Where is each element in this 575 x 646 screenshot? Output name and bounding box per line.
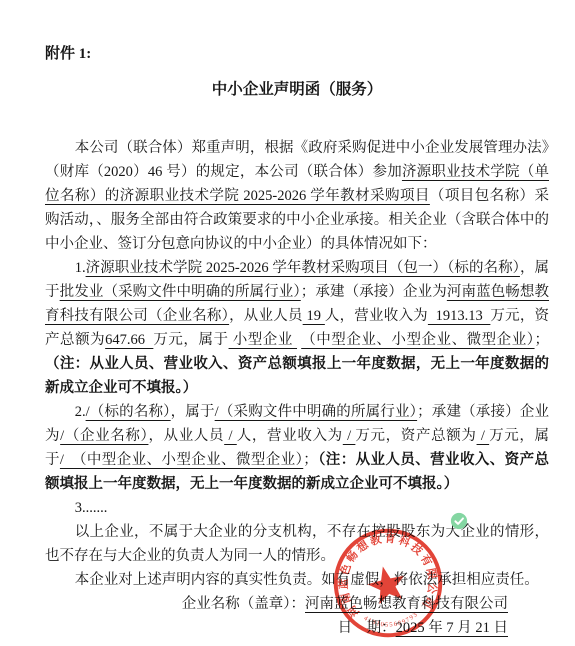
responsibility-paragraph: 本企业对上述声明内容的真实性负责。如有虚假，将依法承担相应责任。	[45, 568, 549, 592]
text-run: 企业名称（盖章）：	[182, 596, 305, 612]
company-name-signature-line: 企业名称（盖章）：河南蓝色畅想教育科技有限公司	[45, 592, 549, 616]
text-run: 1.	[75, 260, 86, 276]
intro-paragraph: 本公司（联合体）郑重声明，根据《政府采购促进中小企业发展管理办法》（财库（202…	[45, 136, 549, 256]
text-run: 小型企业	[229, 332, 297, 348]
date-signature-line: 日 期：2025 年 7 月 21 日	[45, 616, 549, 640]
text-run: /	[224, 428, 237, 444]
check-circle-icon	[450, 512, 468, 530]
text-run: /（采购文件中明确的所属行业）	[215, 404, 417, 420]
text-run: 3.......	[75, 500, 108, 516]
text-run: ；	[303, 452, 318, 468]
text-run: 以上企业，不属于大企业的分支机构，不存在控股股东为大企业的情形，也不存在与大企业…	[45, 524, 549, 564]
text-run: 人，营业收入为	[325, 308, 428, 324]
text-run: （中型企业、小型企业、微型企业）	[301, 332, 534, 348]
text-run: ；	[535, 332, 550, 348]
text-run: 647.66	[105, 332, 153, 348]
text-run: 人，营业收入为	[237, 428, 343, 444]
text-run: /	[343, 428, 356, 444]
text-run: / （中型企业、小型企业、微型企业）	[60, 452, 303, 468]
text-run: 2025 年 7 月 21 日	[396, 620, 508, 636]
text-run: 河南蓝色畅想教育科技有限公司	[305, 596, 508, 612]
text-run: ；承建（承接）企业为	[301, 284, 447, 300]
text-run: 批发业（采购文件中明确的所属行业）	[60, 284, 301, 300]
declaration-document-page: 附件 1: 中小企业声明函（服务） 本公司（联合体）郑重声明，根据《政府采购促进…	[0, 0, 575, 646]
text-run: 19	[303, 308, 325, 324]
text-run: 本企业对上述声明内容的真实性负责。如有虚假，将依法承担相应责任。	[75, 572, 539, 588]
text-run: 万元，资产总额为	[355, 428, 476, 444]
text-run: 万元，属于	[153, 332, 228, 348]
text-run: /（标的名称）	[86, 404, 171, 420]
text-run: ，属于	[171, 404, 215, 420]
item-2-paragraph: 2./（标的名称），属于/（采购文件中明确的所属行业）；承建（承接）企业为/（企…	[45, 400, 549, 496]
item-1-paragraph: 1.济源职业技术学院 2025-2026 学年教材采购项目（包一）（标的名称），…	[45, 256, 549, 400]
text-run: 2.	[75, 404, 86, 420]
text-run: 1913.13	[428, 308, 491, 324]
text-run: ，从业人员	[148, 428, 224, 444]
text-run: /	[477, 428, 490, 444]
text-run: ，从业人员	[229, 308, 303, 324]
document-title: 中小企业声明函（服务）	[45, 78, 549, 102]
not-large-enterprise-paragraph: 以上企业，不属于大企业的分支机构，不存在控股股东为大企业的情形，也不存在与大企业…	[45, 520, 549, 568]
item-3-ellipsis-paragraph: 3.......	[45, 496, 549, 520]
check-circle-background	[451, 513, 467, 529]
text-run: /（企业名称）	[60, 428, 148, 444]
text-run: （注：从业人员、营业收入、资产总额填报上一年度数据，无上一年度数据的新成立企业可…	[45, 356, 549, 396]
text-run: 日 期：	[338, 620, 396, 636]
text-run: 济源职业技术学院 2025-2026 学年教材采购项目（包一）（标的名称）	[86, 260, 520, 276]
attachment-label: 附件 1:	[45, 42, 549, 66]
